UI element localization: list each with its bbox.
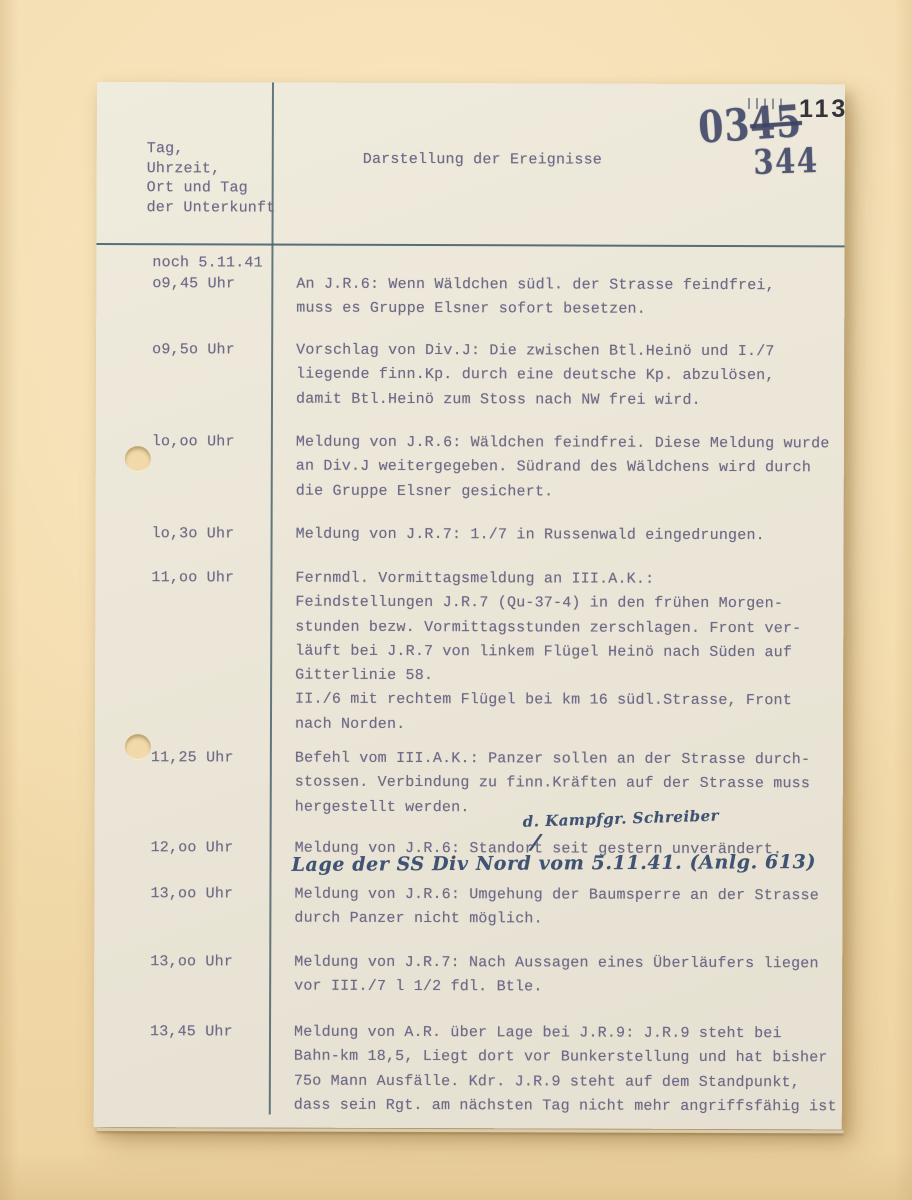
archive-page-number: 113 (799, 95, 848, 124)
entry-time: 11,oo Uhr (151, 566, 291, 591)
header-divider-rule (96, 243, 844, 247)
column-header-left: Tag, Uhrzeit, Ort und Tag der Unterkunft (147, 139, 276, 217)
punch-hole-bottom (125, 734, 151, 760)
entry-text: Befehl vom III.A.K.: Panzer sollen an de… (295, 747, 851, 822)
entry-time: o9,45 Uhr (152, 272, 292, 297)
entry-time: 13,45 Uhr (150, 1020, 290, 1045)
entry-text: Meldung von A.R. über Lage bei J.R.9: J.… (294, 1021, 850, 1120)
entry-text: Meldung von J.R.6: Umgehung der Baumsper… (294, 883, 850, 933)
entry-time: 13,oo Uhr (150, 882, 290, 907)
entry-text: Meldung von J.R.7: 1./7 in Russenwald ei… (296, 523, 852, 549)
entry-time: 12,oo Uhr (151, 836, 291, 861)
entry-text: Meldung von J.R.6: Wäldchen feindfrei. D… (296, 431, 852, 506)
entry-text: Meldung von J.R.7: Nach Aussagen eines Ü… (294, 951, 850, 1001)
entry-text: Fernmdl. Vormittagsmeldung an III.A.K.: … (295, 567, 852, 739)
column-header-events: Darstellung der Ereignisse (363, 148, 602, 173)
entry-time: 11,25 Uhr (151, 746, 291, 771)
entry-time: lo,oo Uhr (152, 430, 292, 455)
punch-hole-top (125, 446, 151, 472)
entry-text: Vorschlag von Div.J: Die zwischen Btl.He… (296, 339, 852, 414)
entry-time: o9,5o Uhr (152, 338, 292, 363)
diary-page: Tag, Uhrzeit, Ort und Tag der Unterkunft… (94, 82, 845, 1129)
entry-text: An J.R.6: Wenn Wäldchen südl. der Strass… (296, 273, 852, 323)
stamp-number-new: 344 (753, 144, 819, 180)
handwritten-lage-note: Lage der SS Div Nord vom 5.11.41. (Anlg.… (291, 851, 816, 876)
stamp-number-old-prefix: 03 (697, 99, 752, 153)
entry-time: 13,oo Uhr (150, 950, 290, 975)
entry-time: lo,3o Uhr (152, 522, 292, 547)
